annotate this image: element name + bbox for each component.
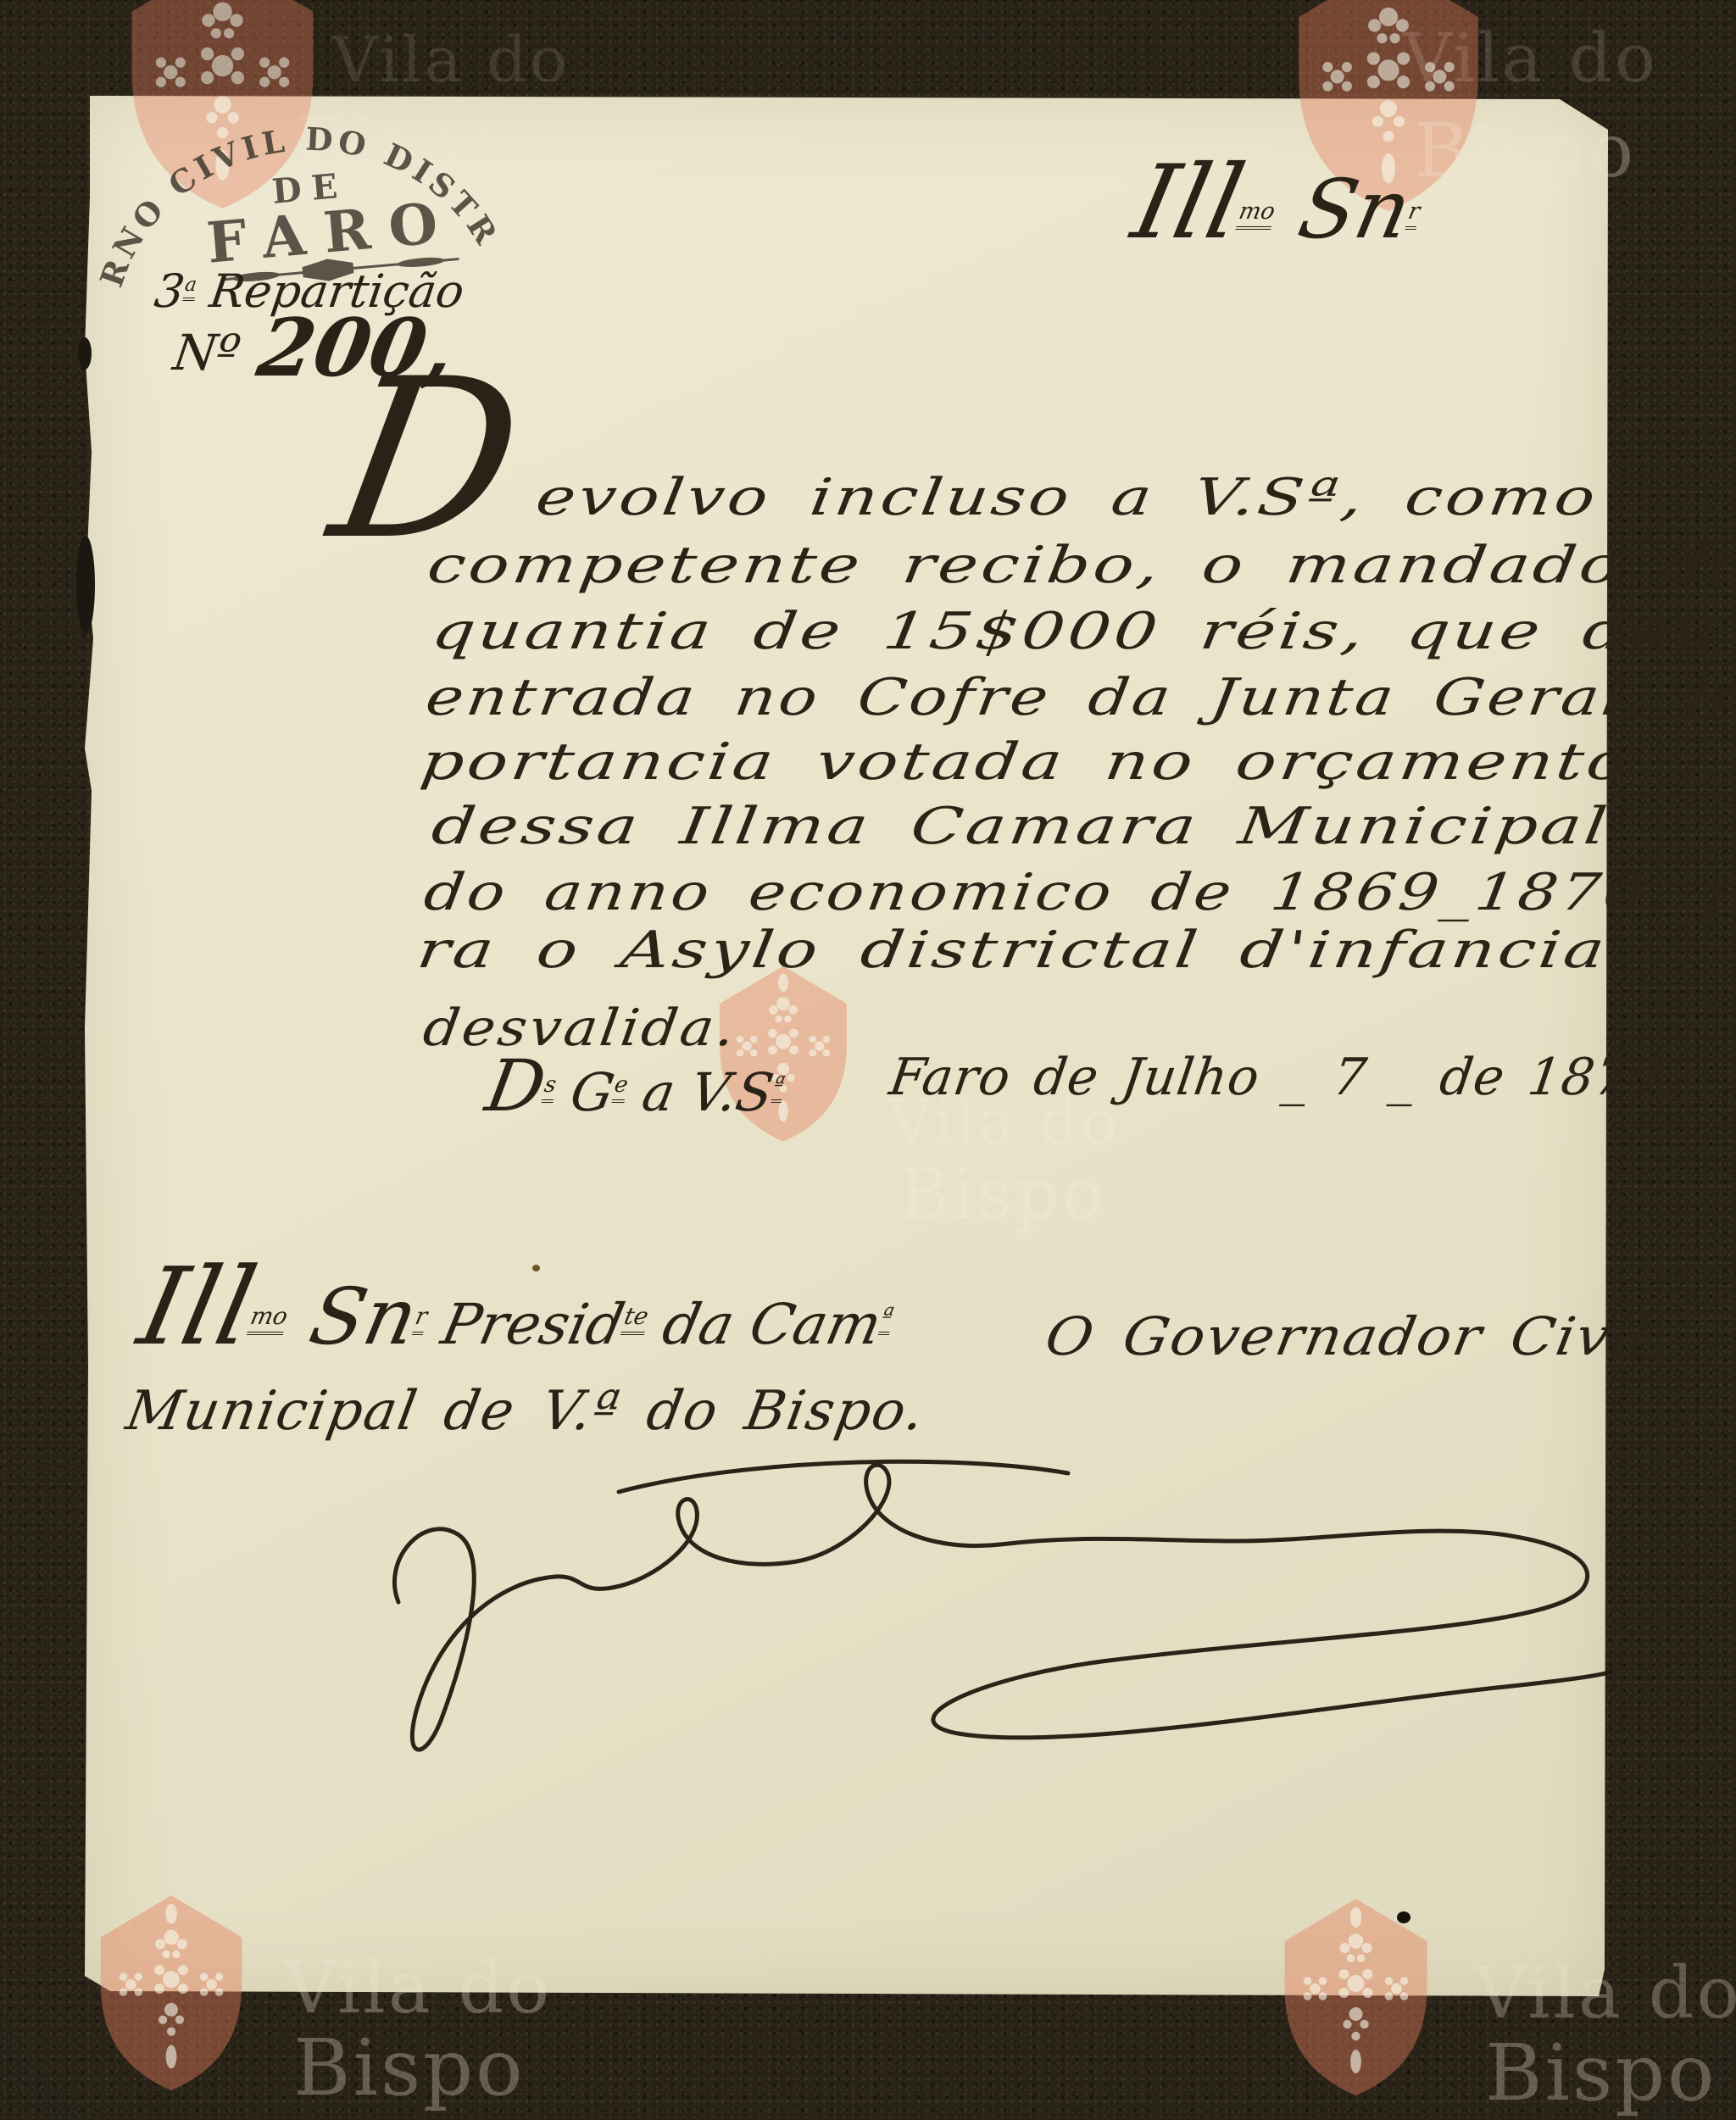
salutation: Illmo Snr (1123, 144, 1433, 262)
watermark-text: Bispo (899, 1155, 1106, 1235)
body-line: ra o Asylo districtal d'infancia (414, 921, 1611, 980)
salutation-snr: Sn (1265, 162, 1419, 257)
body-line: quantia de 15$000 réis, que deu (428, 602, 1723, 661)
closing-g: G (549, 1061, 619, 1123)
watermark-text: Bispo (1414, 107, 1636, 194)
addressee-line1: Illmo Snr Presidte da Camª (129, 1244, 908, 1369)
document-number-label: Nº (170, 324, 244, 381)
watermark-text: Bispo (1485, 2028, 1717, 2118)
governor-signature (364, 1433, 1721, 1772)
body-line: dessa Illma Camara Municipal (428, 797, 1614, 856)
addressee-da-cam: da Cam (639, 1292, 887, 1357)
body-line: evolvo incluso a V.Sª, como (532, 468, 1602, 527)
dateline: Faro de Julho _ 7 _ de 1870. (886, 1048, 1683, 1107)
body-line: entrada no Cofre da Junta Geral, im= (422, 668, 1736, 727)
reparticao-number: 3 (152, 264, 188, 318)
body-line: competente recibo, o mandado da (424, 536, 1736, 595)
body-line: do anno economico de 1869_1870, pa= (420, 863, 1736, 922)
ink-dot (1397, 1911, 1410, 1923)
vila-do-bispo-shield-watermark (1265, 1895, 1447, 2099)
addressee-presid: Presid (419, 1292, 631, 1357)
closing-vs: a V.S (621, 1061, 778, 1123)
watermark-text: Vila do (285, 1946, 552, 2029)
watermark-text: Bispo (293, 2023, 526, 2113)
paper-tear-notch (76, 536, 95, 634)
paper-tear-notch (78, 337, 92, 370)
body-line: portancia votada no orçamento (417, 732, 1635, 792)
watermark-text: Vila do (1403, 19, 1658, 97)
closing-abbreviation: Ds Ge a V.Sª (480, 1044, 792, 1127)
addressee-snr: Sn (277, 1271, 425, 1362)
photographed-document-scene: Vila do Bispo Vila do Bispo Vila do Bisp… (0, 0, 1736, 2120)
vila-do-bispo-shield-watermark (83, 1892, 259, 2094)
signer-role: O Governador Civil, (1041, 1305, 1676, 1367)
watermark-text: Vila do (1475, 1951, 1736, 2034)
ink-speck (532, 1265, 540, 1271)
